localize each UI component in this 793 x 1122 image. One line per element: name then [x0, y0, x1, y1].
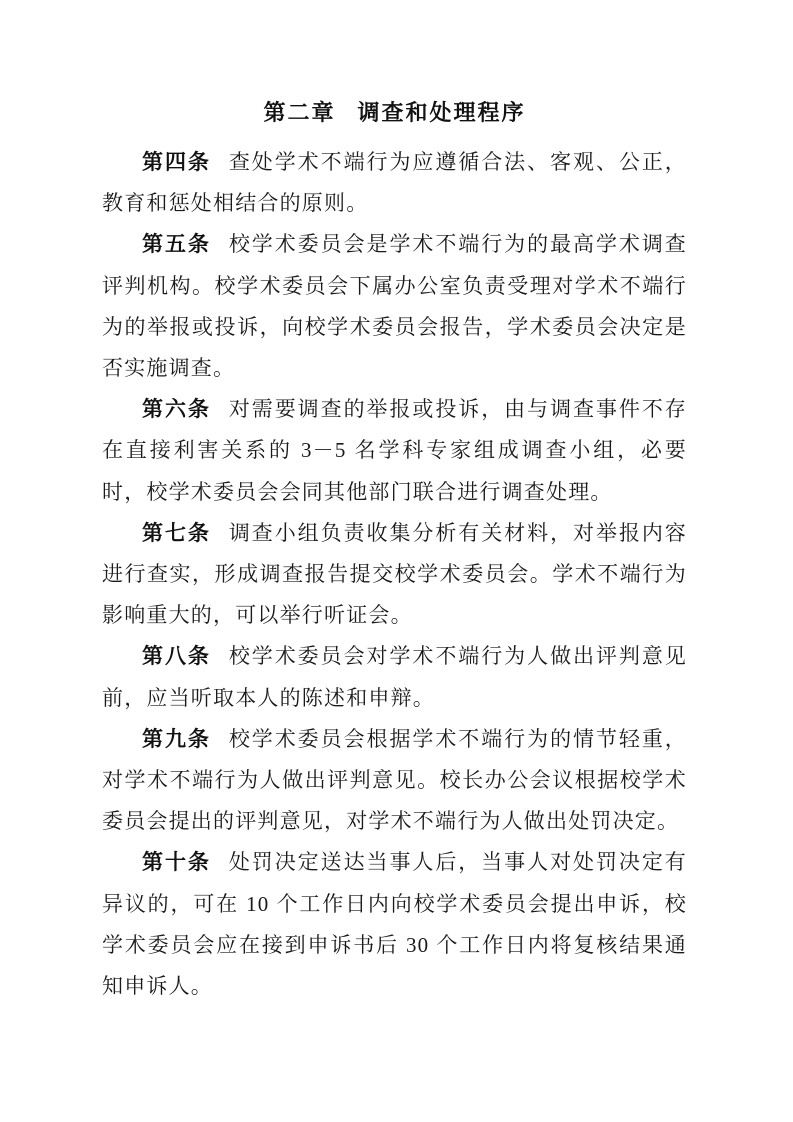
chapter-name: 调查和处理程序	[358, 100, 526, 125]
document-page: 第二章调查和处理程序 第四条查处学术不端行为应遵循合法、客观、公正，教育和惩处相…	[0, 0, 793, 1122]
article-paragraph: 第七条调查小组负责收集分析有关材料，对举报内容进行查实，形成调查报告提交校学术委…	[102, 513, 687, 637]
article-number-label: 第四条	[142, 150, 211, 174]
article-paragraph: 第十条处罚决定送达当事人后，当事人对处罚决定有异议的，可在 10 个工作日内向校…	[102, 842, 687, 1007]
articles-list: 第四条查处学术不端行为应遵循合法、客观、公正，教育和惩处相结合的原则。 第五条校…	[102, 142, 687, 1007]
article-paragraph: 第六条对需要调查的举报或投诉，由与调查事件不存在直接利害关系的 3－5 名学科专…	[102, 389, 687, 513]
article-number-label: 第五条	[142, 232, 211, 256]
article-paragraph: 第九条校学术委员会根据学术不端行为的情节轻重，对学术不端行为人做出评判意见。校长…	[102, 719, 687, 843]
article-number-label: 第十条	[142, 850, 211, 874]
article-number-label: 第六条	[142, 397, 211, 421]
article-paragraph: 第五条校学术委员会是学术不端行为的最高学术调查评判机构。校学术委员会下属办公室负…	[102, 224, 687, 389]
chapter-title: 第二章调查和处理程序	[102, 99, 687, 127]
article-number-label: 第九条	[142, 727, 211, 751]
article-paragraph: 第八条校学术委员会对学术不端行为人做出评判意见前，应当听取本人的陈述和申辩。	[102, 636, 687, 718]
article-number-label: 第七条	[142, 521, 211, 545]
article-number-label: 第八条	[142, 644, 211, 668]
chapter-number: 第二章	[263, 100, 335, 125]
article-paragraph: 第四条查处学术不端行为应遵循合法、客观、公正，教育和惩处相结合的原则。	[102, 142, 687, 224]
